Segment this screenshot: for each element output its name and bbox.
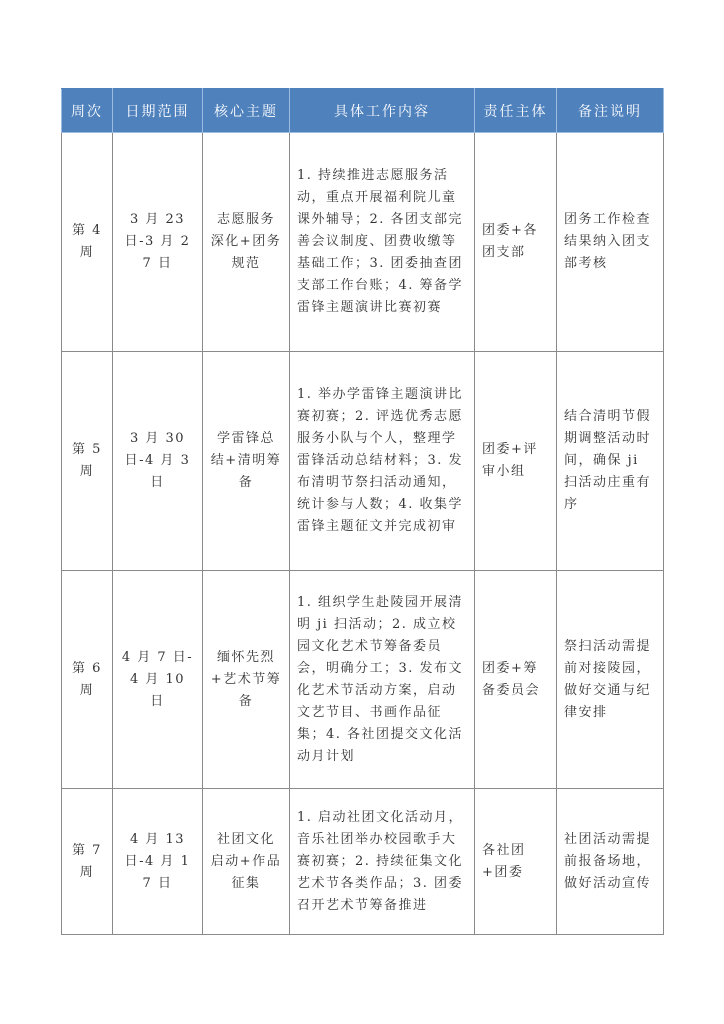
header-notes: 备注说明 (557, 89, 664, 133)
header-date-range: 日期范围 (113, 89, 203, 133)
cell-content: 1. 持续推进志愿服务活动，重点开展福利院儿童课外辅导；2. 各团支部完善会议制… (290, 133, 475, 352)
cell-notes: 社团活动需提前报备场地，做好活动宣传 (557, 789, 664, 935)
cell-week: 第 4 周 (62, 133, 113, 352)
cell-theme: 志愿服务深化+团务规范 (203, 133, 290, 352)
table-row: 第 4 周 3 月 23 日-3 月 27 日 志愿服务深化+团务规范 1. 持… (62, 133, 664, 352)
work-plan-table: 周次 日期范围 核心主题 具体工作内容 责任主体 备注说明 第 4 周 3 月 … (61, 88, 664, 935)
cell-date-range: 3 月 30 日-4 月 3 日 (113, 352, 203, 571)
header-week: 周次 (62, 89, 113, 133)
cell-content: 1. 组织学生赴陵园开展清明 ji 扫活动；2. 成立校园文化艺术节筹备委员会，… (290, 571, 475, 789)
cell-content: 1. 启动社团文化活动月，音乐社团举办校园歌手大赛初赛；2. 持续征集文化艺术节… (290, 789, 475, 935)
table-row: 第 5 周 3 月 30 日-4 月 3 日 学雷锋总结+清明筹备 1. 举办学… (62, 352, 664, 571)
cell-theme: 缅怀先烈+艺术节筹备 (203, 571, 290, 789)
cell-responsible: 团委+评审小组 (475, 352, 557, 571)
cell-date-range: 3 月 23 日-3 月 27 日 (113, 133, 203, 352)
table-row: 第 6 周 4 月 7 日-4 月 10 日 缅怀先烈+艺术节筹备 1. 组织学… (62, 571, 664, 789)
cell-notes: 团务工作检查结果纳入团支部考核 (557, 133, 664, 352)
cell-week: 第 7 周 (62, 789, 113, 935)
header-responsible: 责任主体 (475, 89, 557, 133)
cell-date-range: 4 月 7 日-4 月 10 日 (113, 571, 203, 789)
cell-responsible: 团委+筹备委员会 (475, 571, 557, 789)
table-header-row: 周次 日期范围 核心主题 具体工作内容 责任主体 备注说明 (62, 89, 664, 133)
cell-date-range: 4 月 13 日-4 月 17 日 (113, 789, 203, 935)
cell-responsible: 各社团+团委 (475, 789, 557, 935)
header-theme: 核心主题 (203, 89, 290, 133)
cell-theme: 学雷锋总结+清明筹备 (203, 352, 290, 571)
cell-responsible: 团委+各团支部 (475, 133, 557, 352)
cell-content: 1. 举办学雷锋主题演讲比赛初赛；2. 评选优秀志愿服务小队与个人，整理学雷锋活… (290, 352, 475, 571)
table-row: 第 7 周 4 月 13 日-4 月 17 日 社团文化启动+作品征集 1. 启… (62, 789, 664, 935)
cell-notes: 结合清明节假期调整活动时间，确保 ji 扫活动庄重有序 (557, 352, 664, 571)
cell-week: 第 5 周 (62, 352, 113, 571)
document-page: 周次 日期范围 核心主题 具体工作内容 责任主体 备注说明 第 4 周 3 月 … (0, 0, 724, 1024)
cell-theme: 社团文化启动+作品征集 (203, 789, 290, 935)
cell-week: 第 6 周 (62, 571, 113, 789)
cell-notes: 祭扫活动需提前对接陵园，做好交通与纪律安排 (557, 571, 664, 789)
header-content: 具体工作内容 (290, 89, 475, 133)
